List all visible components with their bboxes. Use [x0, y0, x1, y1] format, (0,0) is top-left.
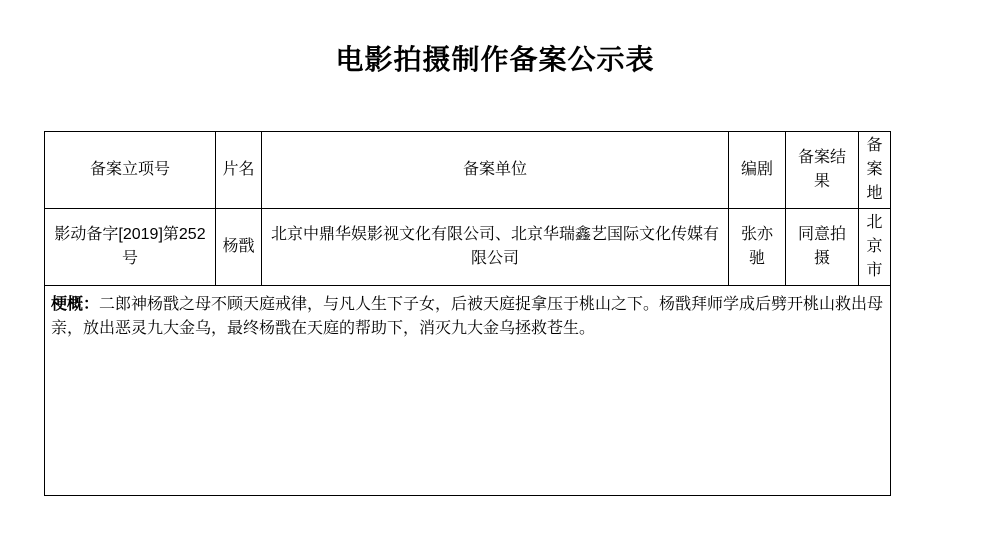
cell-filing-number: 影动备字[2019]第252号	[45, 209, 216, 286]
cell-film-title: 杨戬	[216, 209, 262, 286]
cell-screenwriter: 张亦驰	[729, 209, 786, 286]
table-data-row: 影动备字[2019]第252号 杨戬 北京中鼎华娱影视文化有限公司、北京华瑞鑫艺…	[45, 209, 891, 286]
synopsis-label: 梗概：	[51, 296, 99, 313]
synopsis-text: 二郎神杨戬之母不顾天庭戒律，与凡人生下子女，后被天庭捉拿压于桃山之下。杨戬拜师学…	[51, 296, 883, 337]
page: 电影拍摄制作备案公示表 备案立项号 片名 备案单位 编剧 备案结果 备案地 影动…	[0, 0, 990, 544]
header-film-title: 片名	[216, 132, 262, 209]
header-filing-location: 备案地	[859, 132, 891, 209]
header-filing-unit: 备案单位	[262, 132, 729, 209]
header-filing-number: 备案立项号	[45, 132, 216, 209]
table-header-row: 备案立项号 片名 备案单位 编剧 备案结果 备案地	[45, 132, 891, 209]
header-filing-result: 备案结果	[786, 132, 859, 209]
filing-table: 备案立项号 片名 备案单位 编剧 备案结果 备案地 影动备字[2019]第252…	[44, 131, 891, 496]
synopsis-cell: 梗概：二郎神杨戬之母不顾天庭戒律，与凡人生下子女，后被天庭捉拿压于桃山之下。杨戬…	[45, 286, 891, 496]
cell-filing-result: 同意拍摄	[786, 209, 859, 286]
page-title: 电影拍摄制作备案公示表	[0, 44, 990, 75]
cell-filing-location: 北京市	[859, 209, 891, 286]
synopsis-row: 梗概：二郎神杨戬之母不顾天庭戒律，与凡人生下子女，后被天庭捉拿压于桃山之下。杨戬…	[45, 286, 891, 496]
cell-filing-unit: 北京中鼎华娱影视文化有限公司、北京华瑞鑫艺国际文化传媒有限公司	[262, 209, 729, 286]
header-screenwriter: 编剧	[729, 132, 786, 209]
